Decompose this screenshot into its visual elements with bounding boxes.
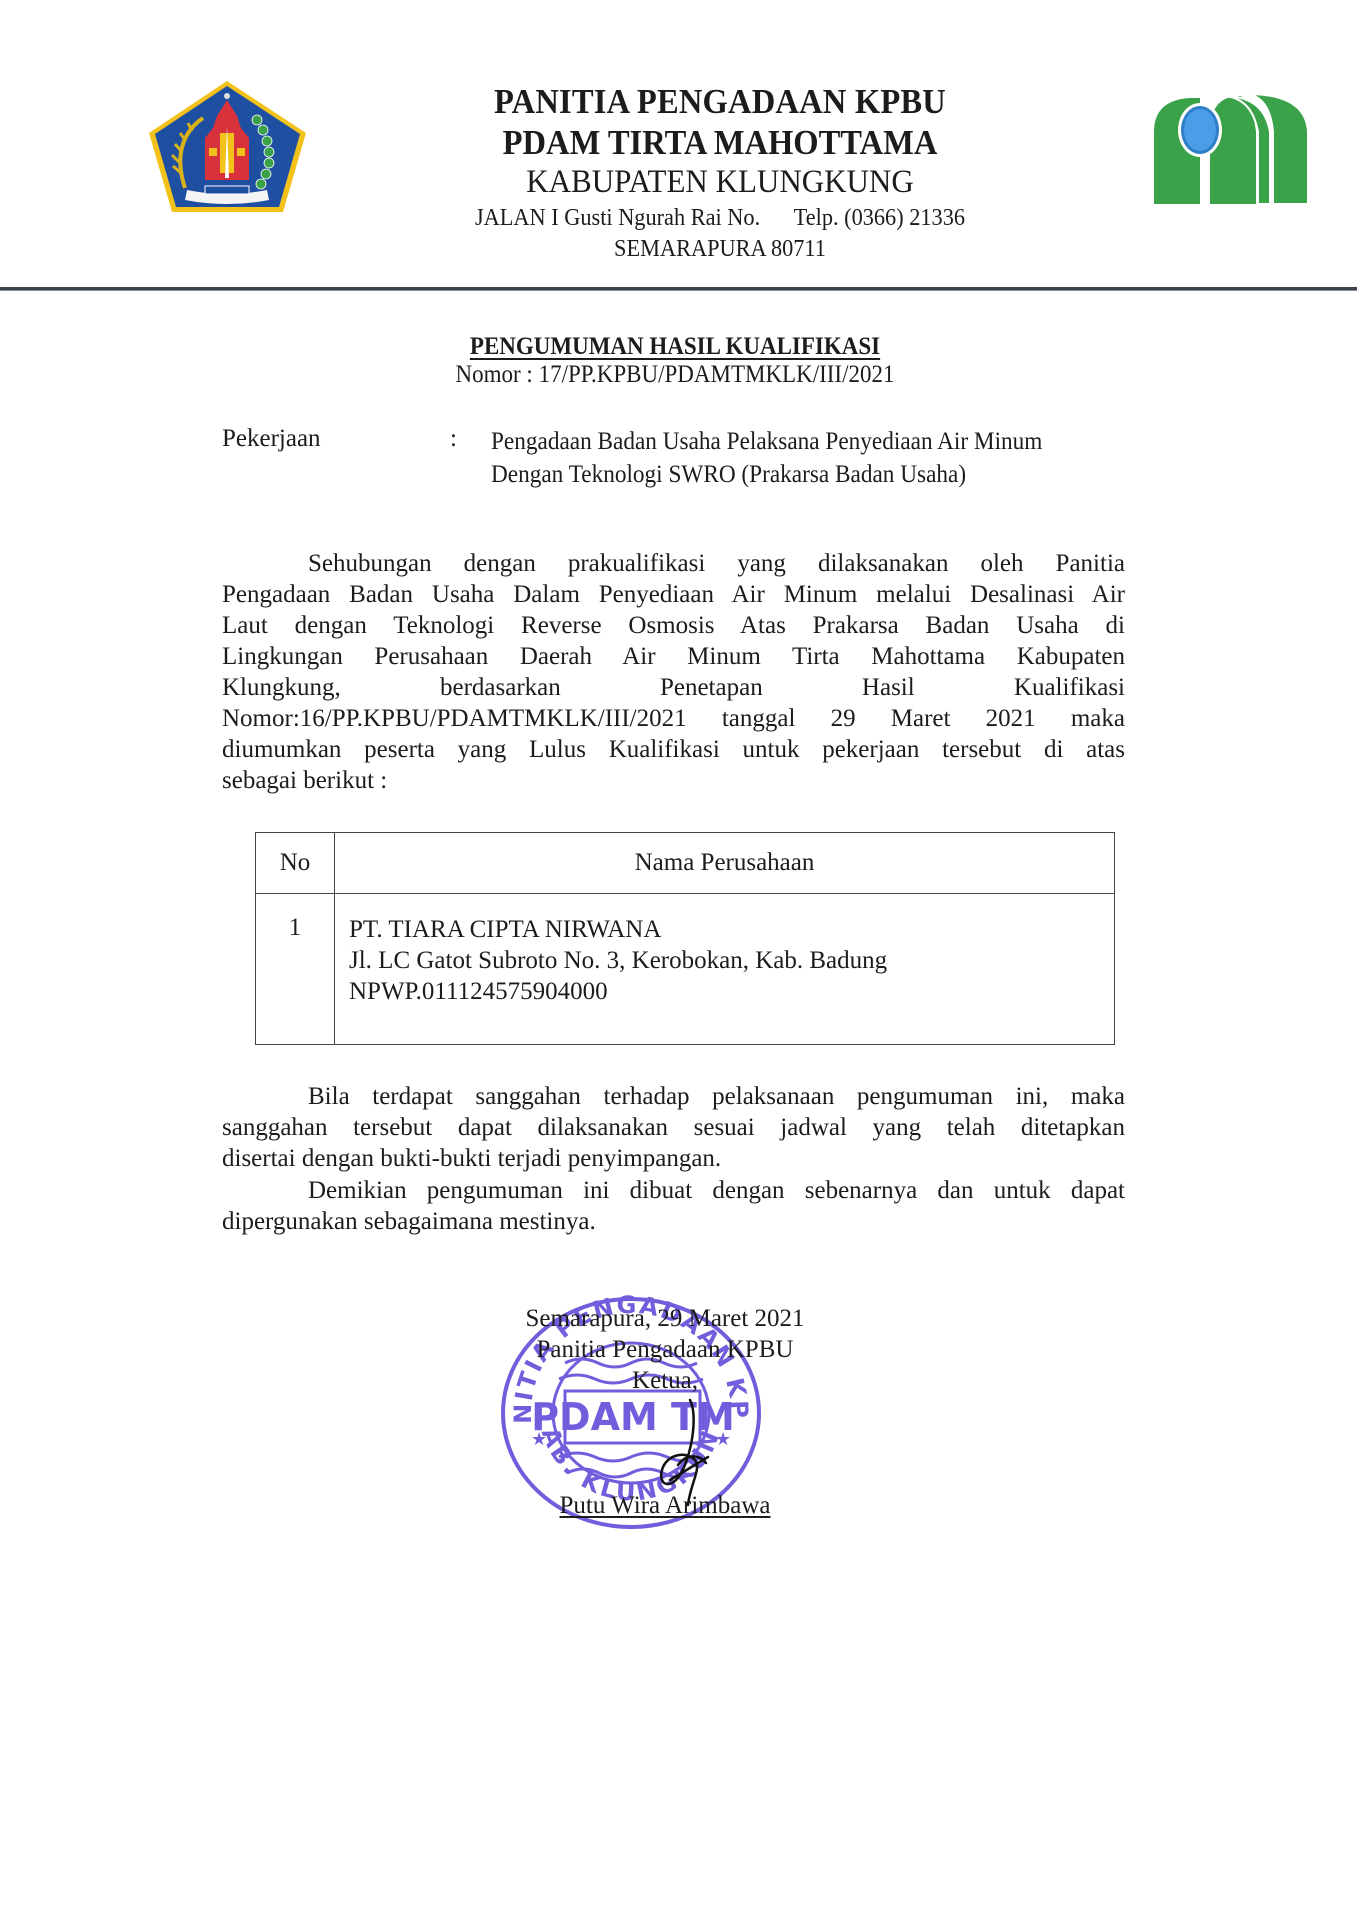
paragraph-objection: Bila terdapat sanggahan terhadap pelaksa… (222, 1081, 1125, 1174)
company-cell: PT. TIARA CIPTA NIRWANA Jl. LC Gatot Sub… (335, 894, 1115, 1045)
letterhead-address-line: JALAN I Gusti Ngurah Rai No.Telp. (0366)… (339, 205, 1102, 232)
signatory-name-text: Putu Wira Arimbawa (560, 1492, 771, 1519)
column-header-company: Nama Perusahaan (335, 833, 1115, 894)
document-title: PENGUMUMAN HASIL KUALIFIKASI (238, 333, 1112, 361)
paragraph-intro: Sehubungan dengan prakualifikasi yang di… (222, 548, 1125, 796)
pekerjaan-value-line-2: Dengan Teknologi SWRO (Prakarsa Badan Us… (491, 458, 1042, 491)
paragraph-line: Pengadaan Badan Usaha Dalam Penyediaan A… (222, 579, 1125, 610)
letterhead-org-line-1: PANITIA PENGADAAN KPBU (339, 82, 1102, 122)
column-header-no: No (256, 833, 335, 894)
document-title-text: PENGUMUMAN HASIL KUALIFIKASI (470, 333, 880, 360)
signature-organization: Panitia Pengadaan KPBU (480, 1334, 850, 1365)
paragraph-line: Laut dengan Teknologi Reverse Osmosis At… (222, 610, 1125, 641)
company-name: PT. TIARA CIPTA NIRWANA (349, 914, 1100, 945)
paragraph-line: Lingkungan Perusahaan Daerah Air Minum T… (222, 641, 1125, 672)
paragraph-line: diumumkan peserta yang Lulus Kualifikasi… (222, 734, 1125, 765)
pekerjaan-label: Pekerjaan (222, 425, 321, 453)
table-row: 1 PT. TIARA CIPTA NIRWANA Jl. LC Gatot S… (256, 894, 1115, 1045)
letterhead-divider (0, 287, 1357, 291)
kabupaten-klungkung-emblem-icon (145, 78, 310, 216)
paragraph-line: dipergunakan sebagaimana mestinya. (222, 1206, 1125, 1237)
letterhead-address: JALAN I Gusti Ngurah Rai No. (475, 205, 760, 231)
paragraph-line: Sehubungan dengan prakualifikasi yang di… (222, 548, 1125, 579)
signature-place-date: Semarapura, 29 Maret 2021 (480, 1303, 850, 1334)
row-number: 1 (256, 894, 335, 1045)
letterhead-org-line-3: KABUPATEN KLUNGKUNG (335, 164, 1106, 201)
company-address: Jl. LC Gatot Subroto No. 3, Kerobokan, K… (349, 945, 1100, 976)
table-header-row: No Nama Perusahaan (256, 833, 1115, 894)
qualified-participants-table: No Nama Perusahaan 1 PT. TIARA CIPTA NIR… (255, 832, 1115, 1045)
signatory-name: Putu Wira Arimbawa (480, 1490, 850, 1521)
paragraph-line: Bila terdapat sanggahan terhadap pelaksa… (222, 1081, 1125, 1112)
paragraph-line: Nomor:16/PP.KPBU/PDAMTMKLK/III/2021 tang… (222, 703, 1125, 734)
company-npwp: NPWP.011124575904000 (349, 976, 1100, 1007)
pekerjaan-value: Pengadaan Badan Usaha Pelaksana Penyedia… (491, 425, 1042, 491)
letterhead-city: SEMARAPURA 80711 (339, 236, 1102, 263)
paragraph-closing: Demikian pengumuman ini dibuat dengan se… (222, 1175, 1125, 1237)
signature-role: Ketua, (480, 1365, 850, 1396)
paragraph-line: sanggahan tersebut dapat dilaksanakan se… (222, 1112, 1125, 1143)
pekerjaan-colon: : (450, 425, 457, 453)
paragraph-line: Klungkung, berdasarkan Penetapan Hasil K… (222, 672, 1125, 703)
pdam-tirta-mahottama-logo-icon (1140, 92, 1320, 204)
letterhead-org-line-2: PDAM TIRTA MAHOTTAMA (339, 123, 1102, 163)
document-number: Nomor : 17/PP.KPBU/PDAMTMKLK/III/2021 (238, 361, 1112, 389)
paragraph-line: sebagai berikut : (222, 765, 1125, 796)
letterhead-phone: Telp. (0366) 21336 (794, 205, 965, 231)
pekerjaan-value-line-1: Pengadaan Badan Usaha Pelaksana Penyedia… (491, 425, 1042, 458)
paragraph-line: disertai dengan bukti-bukti terjadi peny… (222, 1143, 1125, 1174)
paragraph-line: Demikian pengumuman ini dibuat dengan se… (222, 1175, 1125, 1206)
